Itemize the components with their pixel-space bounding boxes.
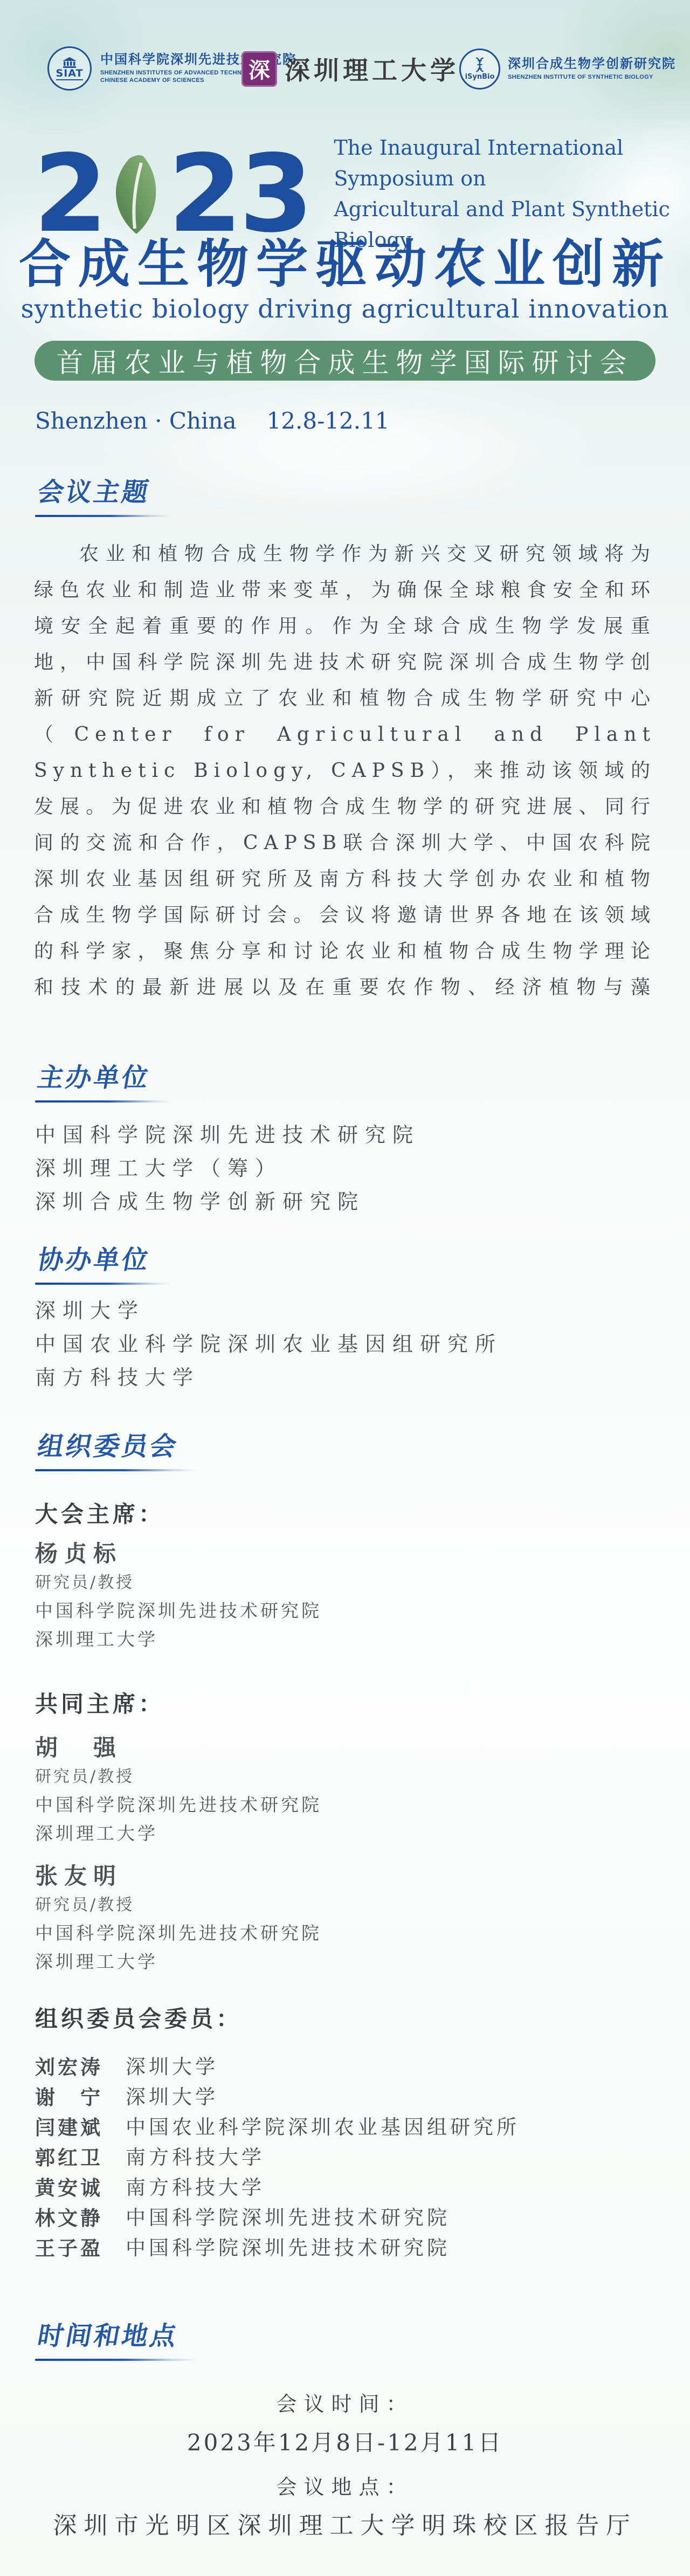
suat-seal-icon: 深 bbox=[241, 51, 277, 87]
hosts-heading-text: 主办单位 bbox=[35, 1057, 154, 1094]
chair-label: 大会主席： bbox=[35, 1497, 164, 1529]
cohosts-heading-text: 协办单位 bbox=[35, 1239, 154, 1276]
member-name: 刘宏涛 bbox=[35, 2052, 106, 2082]
siat-en-line2: CHINESE ACADEMY OF SCIENCES bbox=[100, 77, 204, 84]
person-affiliation: 中国科学院深圳先进技术研究院 bbox=[35, 1924, 322, 1943]
theme-paragraph: 农业和植物合成生物学作为新兴交叉研究领域将为绿色农业和制造业带来变革，为确保全球… bbox=[34, 536, 656, 1013]
committee-heading-text: 组织委员会 bbox=[35, 1425, 182, 1463]
member-row: 谢 宁 深圳大学 bbox=[35, 2082, 520, 2112]
member-row: 闫建斌 中国农业科学院深圳农业基因组研究所 bbox=[35, 2112, 520, 2143]
person-card-cochair: 胡 强 研究员/教授 中国科学院深圳先进技术研究院 深圳理工大学 bbox=[35, 1735, 322, 1843]
isynbio-name-cn: 深圳合成生物学创新研究院 bbox=[508, 57, 676, 72]
person-card-chair: 杨贞标 研究员/教授 中国科学院深圳先进技术研究院 深圳理工大学 bbox=[35, 1541, 322, 1649]
member-affiliation: 深圳大学 bbox=[126, 2082, 218, 2112]
section-heading-committee: 组织委员会 bbox=[35, 1425, 197, 1471]
member-row: 黄安诚 南方科技大学 bbox=[35, 2173, 520, 2203]
person-affiliation: 中国科学院深圳先进技术研究院 bbox=[35, 1795, 322, 1815]
members-label: 组织委员会委员： bbox=[35, 2001, 242, 2034]
heading-underline bbox=[35, 1100, 171, 1103]
main-title-cn: 合成生物学驱动农业创新 bbox=[0, 223, 690, 297]
city-label: Shenzhen · China bbox=[35, 408, 237, 434]
suat-logo-block: 深 深圳理工大学 bbox=[241, 51, 459, 87]
member-row: 刘宏涛 深圳大学 bbox=[35, 2052, 520, 2082]
host-item: 中国科学院深圳先进技术研究院 bbox=[35, 1118, 420, 1152]
member-affiliation: 中国农业科学院深圳农业基因组研究所 bbox=[126, 2112, 520, 2143]
section-heading-cohosts: 协办单位 bbox=[35, 1239, 171, 1285]
building-icon bbox=[61, 57, 78, 68]
person-title: 研究员/教授 bbox=[35, 1574, 322, 1592]
isynbio-logo-icon: iSynBio bbox=[459, 49, 500, 89]
cochair-label: 共同主席： bbox=[35, 1686, 164, 1719]
meeting-time-label: 会议时间： bbox=[0, 2387, 690, 2417]
dna-icon bbox=[473, 57, 486, 72]
cohost-item: 深圳大学 bbox=[35, 1294, 502, 1327]
person-affiliation: 深圳理工大学 bbox=[35, 1824, 322, 1843]
person-affiliation: 深圳理工大学 bbox=[35, 1630, 322, 1649]
heading-underline bbox=[35, 515, 171, 517]
heading-underline bbox=[35, 1469, 197, 1471]
person-name: 张友明 bbox=[35, 1863, 322, 1889]
section-heading-theme: 会议主题 bbox=[35, 471, 171, 517]
member-name: 王子盈 bbox=[35, 2233, 106, 2263]
isynbio-name-en: SHENZHEN INSTITUTE OF SYNTHETIC BIOLOGY bbox=[508, 74, 676, 81]
member-row: 林文静 中国科学院深圳先进技术研究院 bbox=[35, 2203, 520, 2233]
member-name: 闫建斌 bbox=[35, 2112, 106, 2143]
person-title: 研究员/教授 bbox=[35, 1896, 322, 1914]
member-row: 王子盈 中国科学院深圳先进技术研究院 bbox=[35, 2233, 520, 2263]
member-affiliation: 南方科技大学 bbox=[126, 2143, 265, 2173]
host-item: 深圳理工大学（筹） bbox=[35, 1152, 420, 1185]
person-title: 研究员/教授 bbox=[35, 1768, 322, 1786]
member-affiliation: 南方科技大学 bbox=[126, 2173, 265, 2203]
host-item: 深圳合成生物学创新研究院 bbox=[35, 1185, 420, 1218]
person-affiliation: 中国科学院深圳先进技术研究院 bbox=[35, 1601, 322, 1621]
venue-heading-text: 时间和地点 bbox=[35, 2315, 182, 2352]
person-name: 胡 强 bbox=[35, 1735, 322, 1761]
isynbio-name: 深圳合成生物学创新研究院 SHENZHEN INSTITUTE OF SYNTH… bbox=[508, 57, 676, 81]
member-affiliation: 中国科学院深圳先进技术研究院 bbox=[126, 2203, 450, 2233]
section-heading-venue: 时间和地点 bbox=[35, 2315, 197, 2361]
isynbio-logo-block: iSynBio 深圳合成生物学创新研究院 SHENZHEN INSTITUTE … bbox=[459, 49, 676, 89]
symposium-title-en-line1: The Inaugural International Symposium on bbox=[334, 136, 623, 190]
person-card-cochair: 张友明 研究员/教授 中国科学院深圳先进技术研究院 深圳理工大学 bbox=[35, 1863, 322, 1972]
member-affiliation: 中国科学院深圳先进技术研究院 bbox=[126, 2233, 450, 2263]
date-range: 12.8-12.11 bbox=[267, 408, 390, 434]
member-name: 林文静 bbox=[35, 2203, 106, 2233]
header-logos: SIAT 中国科学院深圳先进技术研究院 SHENZHEN INSTITUTES … bbox=[0, 46, 690, 96]
theme-heading-text: 会议主题 bbox=[35, 471, 154, 508]
member-name: 谢 宁 bbox=[35, 2082, 106, 2112]
members-list: 刘宏涛 深圳大学 谢 宁 深圳大学 闫建斌 中国农业科学院深圳农业基因组研究所 … bbox=[35, 2052, 520, 2263]
meeting-time-value: 2023年12月8日-12月11日 bbox=[0, 2425, 690, 2457]
person-name: 杨贞标 bbox=[35, 1541, 322, 1567]
banner-cn: 首届农业与植物合成生物学国际研讨会 bbox=[34, 341, 655, 381]
isynbio-logo-text: iSynBio bbox=[465, 73, 495, 81]
heading-underline bbox=[35, 1283, 171, 1285]
cohost-item: 南方科技大学 bbox=[35, 1361, 502, 1394]
member-row: 郭红卫 南方科技大学 bbox=[35, 2143, 520, 2173]
cohosts-list: 深圳大学 中国农业科学院深圳农业基因组研究所 南方科技大学 bbox=[35, 1294, 502, 1394]
member-name: 黄安诚 bbox=[35, 2173, 106, 2203]
meeting-place-label: 会议地点： bbox=[0, 2470, 690, 2500]
heading-underline bbox=[35, 2359, 197, 2361]
meeting-place-value: 深圳市光明区深圳理工大学明珠校区报告厅 bbox=[0, 2506, 690, 2540]
member-affiliation: 深圳大学 bbox=[126, 2052, 218, 2082]
city-date-line: Shenzhen · China 12.8-12.11 bbox=[35, 408, 390, 434]
subtitle-en: synthetic biology driving agricultural i… bbox=[0, 294, 690, 324]
hosts-list: 中国科学院深圳先进技术研究院 深圳理工大学（筹） 深圳合成生物学创新研究院 bbox=[35, 1118, 420, 1218]
conference-poster: SIAT 中国科学院深圳先进技术研究院 SHENZHEN INSTITUTES … bbox=[0, 0, 690, 2576]
member-name: 郭红卫 bbox=[35, 2143, 106, 2173]
siat-logo-icon: SIAT bbox=[47, 46, 92, 91]
siat-logo-text: SIAT bbox=[56, 68, 84, 80]
suat-name-cn: 深圳理工大学 bbox=[285, 51, 459, 87]
cohost-item: 中国农业科学院深圳农业基因组研究所 bbox=[35, 1327, 502, 1361]
person-affiliation: 深圳理工大学 bbox=[35, 1952, 322, 1972]
siat-en-line1: SHENZHEN INSTITUTES OF ADVANCED TECHNOLO… bbox=[100, 70, 264, 76]
section-heading-hosts: 主办单位 bbox=[35, 1057, 171, 1103]
